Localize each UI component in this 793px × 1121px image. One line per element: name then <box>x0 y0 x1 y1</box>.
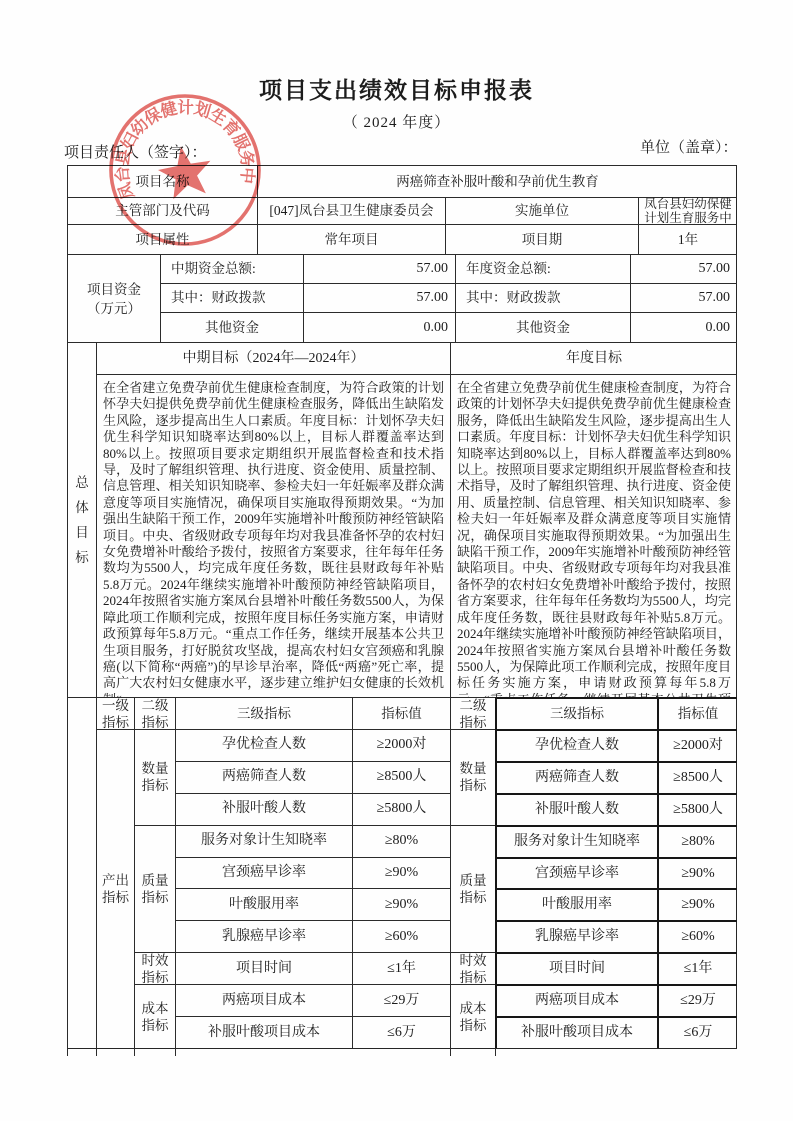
mid-other-value: 0.00 <box>303 312 455 342</box>
indicator-name: 两癌筛查人数 <box>495 761 657 793</box>
indicator-name: 叶酸服用率 <box>175 888 352 920</box>
indicator-value: ≥5800人 <box>352 793 450 825</box>
level3-header-mid: 三级指标 <box>175 697 352 729</box>
indicator-value: ≥60% <box>352 920 450 952</box>
indicator-name: 宫颈癌早诊率 <box>495 857 657 889</box>
indicator-name: 补服叶酸人数 <box>175 793 352 825</box>
indicator-name: 两癌筛查人数 <box>175 761 352 793</box>
year-goal-text: 在全省建立免费孕前优生健康检查制度，为符合政策的计划怀孕夫妇提供免费孕前优生健康… <box>450 374 737 697</box>
year-total-label: 年度资金总额: <box>455 254 630 283</box>
implementing-unit-value: 凤台县妇幼保健计划生育服务中 <box>638 197 737 224</box>
project-period-label: 项目期 <box>445 224 638 254</box>
indicator-value: ≥90% <box>352 857 450 889</box>
indicator-value: ≥90% <box>657 888 737 920</box>
seal-star-icon <box>155 142 216 201</box>
table-cut-stub <box>450 1048 451 1056</box>
indicator-table: 一级指标 二级指标 三级指标 指标值 二级指标 三级指标 指标值 产出指标 数量… <box>67 697 737 1049</box>
indicator-name: 孕优检查人数 <box>495 729 657 761</box>
level2-header-year: 二级指标 <box>450 697 495 729</box>
group-timeliness-mid: 时效指标 <box>134 952 175 984</box>
overall-goal-row-label: 总体目标 <box>67 342 96 697</box>
indicator-name: 补服叶酸项目成本 <box>495 1016 657 1048</box>
mid-fiscal-label: 其中：财政拨款 <box>160 283 303 312</box>
group-quantity-mid: 数量指标 <box>134 729 175 825</box>
year-other-label: 其他资金 <box>455 312 630 342</box>
level3-header-year: 三级指标 <box>495 697 657 729</box>
indicator-value: ≥60% <box>657 920 737 952</box>
indicator-value: ≥8500人 <box>352 761 450 793</box>
value-header-year: 指标值 <box>657 697 737 729</box>
mid-goal-header: 中期目标（2024年—2024年） <box>96 342 450 374</box>
indicator-name: 乳腺癌早诊率 <box>495 920 657 952</box>
indicator-value: ≥2000对 <box>352 729 450 761</box>
year-goal-header: 年度目标 <box>450 342 737 374</box>
indicator-name: 孕优检查人数 <box>175 729 352 761</box>
year-other-value: 0.00 <box>630 312 737 342</box>
year-fiscal-label: 其中：财政拨款 <box>455 283 630 312</box>
implementing-unit-label: 实施单位 <box>445 197 638 224</box>
indicator-name: 乳腺癌早诊率 <box>175 920 352 952</box>
group-timeliness-year: 时效指标 <box>450 952 495 984</box>
table-cut-stub <box>134 1048 135 1056</box>
mid-goal-text: 在全省建立免费孕前优生健康检查制度，为符合政策的计划怀孕夫妇提供免费孕前优生健康… <box>96 374 450 697</box>
table-cut-stub <box>495 1048 496 1056</box>
indicator-name: 服务对象计生知晓率 <box>175 825 352 857</box>
indicator-value: ≤29万 <box>657 984 737 1016</box>
indicator-value: ≤6万 <box>352 1016 450 1048</box>
indicator-name: 叶酸服用率 <box>495 888 657 920</box>
group-cost-mid: 成本指标 <box>134 984 175 1048</box>
level1-output-indicator: 产出指标 <box>96 729 134 1048</box>
value-header-mid: 指标值 <box>352 697 450 729</box>
table-cut-stub <box>96 1048 97 1056</box>
indicator-name: 两癌项目成本 <box>175 984 352 1016</box>
group-cost-year: 成本指标 <box>450 984 495 1048</box>
indicator-name: 项目时间 <box>175 952 352 984</box>
indicator-value: ≤1年 <box>657 952 737 984</box>
year-fiscal-value: 57.00 <box>630 283 737 312</box>
indicator-left-spacer <box>67 697 96 1048</box>
indicator-name: 服务对象计生知晓率 <box>495 825 657 857</box>
project-name-value: 两癌筛查补服叶酸和孕前优生教育 <box>257 165 737 197</box>
group-quality-year: 质量指标 <box>450 825 495 953</box>
mid-total-value: 57.00 <box>303 254 455 283</box>
indicator-value: ≥8500人 <box>657 761 737 793</box>
indicator-name: 补服叶酸人数 <box>495 793 657 825</box>
indicator-value: ≤6万 <box>657 1016 737 1048</box>
year-total-value: 57.00 <box>630 254 737 283</box>
indicator-value: ≥90% <box>352 888 450 920</box>
indicator-value: ≥5800人 <box>657 793 737 825</box>
project-period-value: 1年 <box>638 224 737 254</box>
indicator-value: ≤1年 <box>352 952 450 984</box>
indicator-value: ≥90% <box>657 857 737 889</box>
indicator-value: ≤29万 <box>352 984 450 1016</box>
indicator-name: 项目时间 <box>495 952 657 984</box>
unit-stamp-label: 单位（盖章）： <box>640 136 738 157</box>
indicator-name: 补服叶酸项目成本 <box>175 1016 352 1048</box>
official-seal: 凤台县妇幼保健计划生育服务中心 <box>66 51 305 290</box>
indicator-value: ≥2000对 <box>657 729 737 761</box>
mid-fiscal-value: 57.00 <box>303 283 455 312</box>
indicator-value: ≥80% <box>352 825 450 857</box>
group-quantity-year: 数量指标 <box>450 729 495 825</box>
table-cut-stub <box>67 1048 68 1056</box>
level2-header-mid: 二级指标 <box>134 697 175 729</box>
level1-header: 一级指标 <box>96 697 134 729</box>
indicator-value: ≥80% <box>657 825 737 857</box>
mid-other-label: 其他资金 <box>160 312 303 342</box>
table-cut-stub <box>175 1048 176 1056</box>
group-quality-mid: 质量指标 <box>134 825 175 953</box>
indicator-name: 两癌项目成本 <box>495 984 657 1016</box>
scanned-form-page: 项目支出绩效目标申报表 （ 2024 年度） 项目责任人（签字）： 单位（盖章）… <box>0 0 793 1121</box>
overall-goals-table: 总体目标 中期目标（2024年—2024年） 年度目标 在全省建立免费孕前优生健… <box>67 342 737 697</box>
indicator-name: 宫颈癌早诊率 <box>175 857 352 889</box>
